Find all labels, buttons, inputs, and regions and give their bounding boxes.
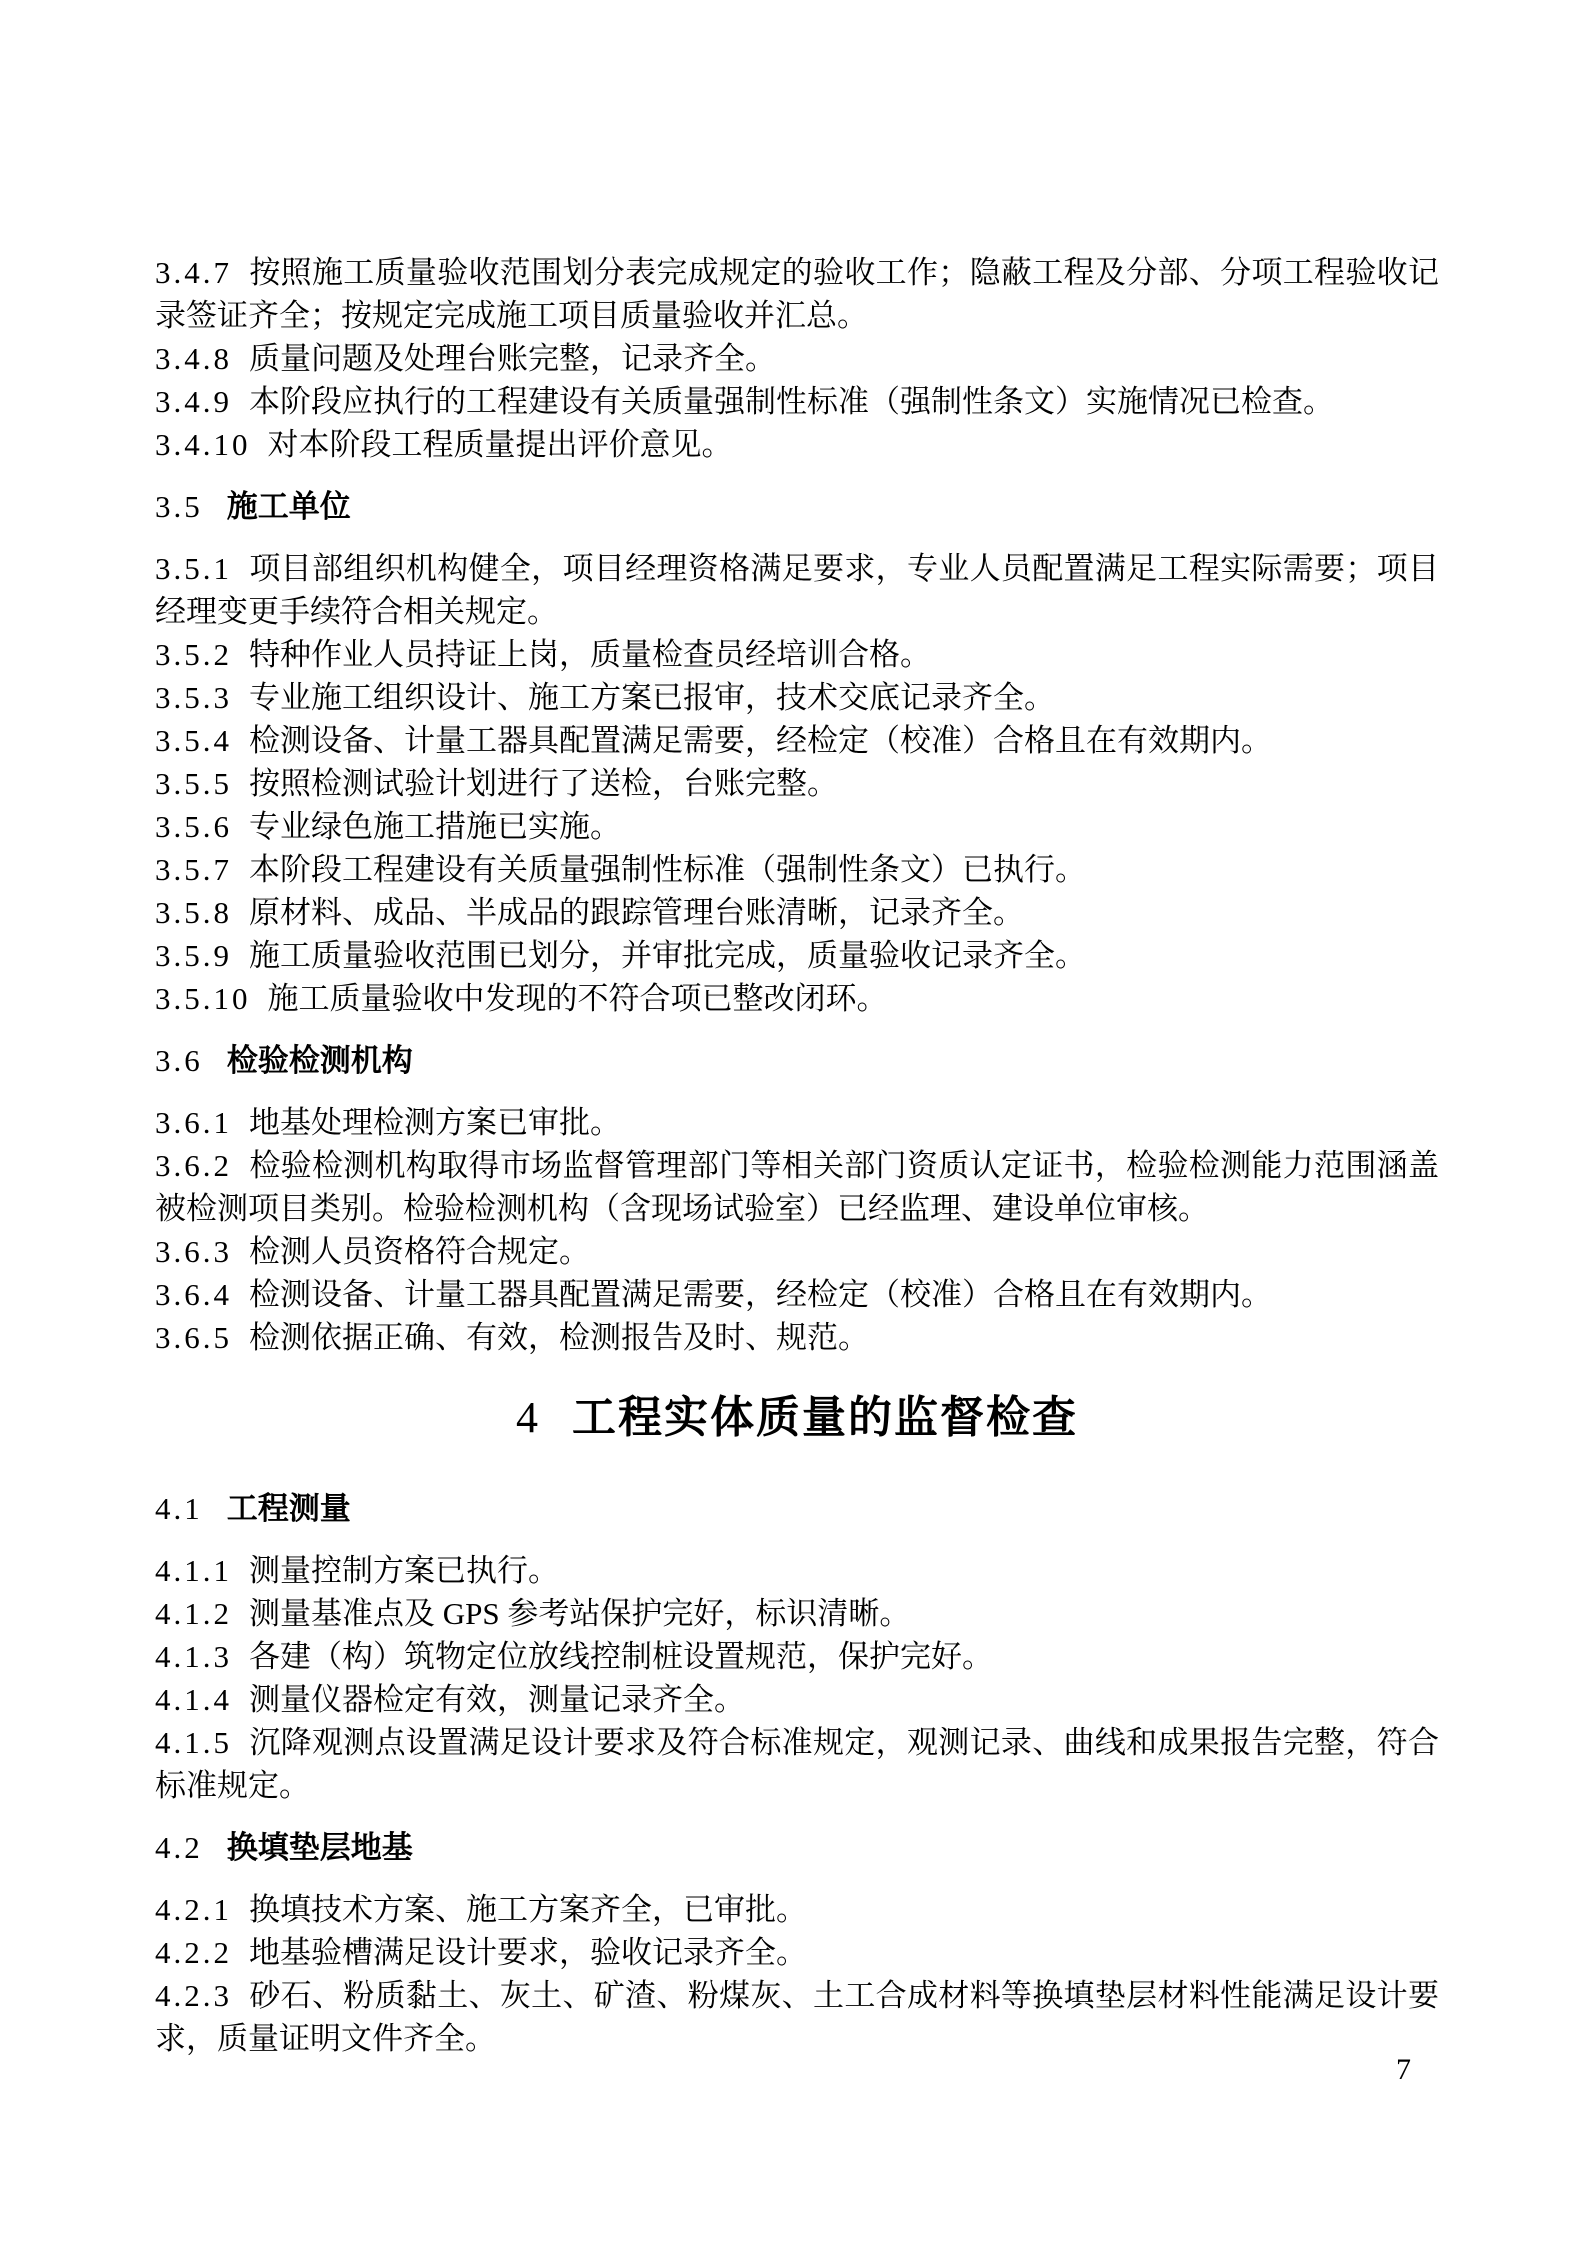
clause-text: 测量仪器检定有效，测量记录齐全。 — [249, 1682, 745, 1717]
clause-paragraph: 3.6.1地基处理检测方案已审批。 — [155, 1101, 1439, 1144]
clause-paragraph: 3.4.10对本阶段工程质量提出评价意见。 — [155, 423, 1439, 466]
section-number: 4.2 — [155, 1830, 203, 1865]
clause-text: 本阶段工程建设有关质量强制性标准（强制性条文）已执行。 — [249, 852, 1086, 887]
clause-text: 按照检测试验计划进行了送检，台账完整。 — [249, 766, 838, 801]
section-number: 4.1 — [155, 1491, 203, 1526]
clause-number: 3.5.8 — [155, 895, 232, 930]
clause-text: 测量控制方案已执行。 — [249, 1553, 559, 1588]
clause-paragraph: 3.5.6专业绿色施工措施已实施。 — [155, 805, 1439, 848]
clause-paragraph: 3.5.5按照检测试验计划进行了送检，台账完整。 — [155, 762, 1439, 805]
clause-text: 施工质量验收中发现的不符合项已整改闭环。 — [268, 981, 888, 1016]
clause-paragraph: 4.1.1测量控制方案已执行。 — [155, 1549, 1439, 1592]
clause-number: 4.1.3 — [155, 1639, 232, 1674]
clause-number: 3.5.9 — [155, 938, 232, 973]
document-content: 3.4.7按照施工质量验收范围划分表完成规定的验收工作；隐蔽工程及分部、分项工程… — [155, 251, 1439, 2060]
clause-number: 4.1.2 — [155, 1596, 232, 1631]
clause-number: 4.2.2 — [155, 1935, 232, 1970]
clause-number: 3.6.1 — [155, 1105, 232, 1140]
section-title: 检验检测机构 — [227, 1043, 413, 1078]
clause-paragraph: 3.4.7按照施工质量验收范围划分表完成规定的验收工作；隐蔽工程及分部、分项工程… — [155, 251, 1439, 337]
clause-number: 3.6.2 — [155, 1148, 232, 1183]
section-heading: 3.5施工单位 — [155, 485, 1439, 528]
section-heading: 3.6检验检测机构 — [155, 1039, 1439, 1082]
clause-text: 专业绿色施工措施已实施。 — [249, 809, 621, 844]
clause-number: 3.6.5 — [155, 1320, 232, 1355]
clause-number: 3.4.8 — [155, 341, 232, 376]
clause-number: 4.2.1 — [155, 1892, 232, 1927]
clause-paragraph: 4.1.5沉降观测点设置满足设计要求及符合标准规定，观测记录、曲线和成果报告完整… — [155, 1721, 1439, 1807]
section-number: 3.6 — [155, 1043, 203, 1078]
clause-paragraph: 3.6.2检验检测机构取得市场监督管理部门等相关部门资质认定证书，检验检测能力范… — [155, 1144, 1439, 1230]
page-footer: 7 — [155, 2052, 1439, 2088]
clause-text: 本阶段应执行的工程建设有关质量强制性标准（强制性条文）实施情况已检查。 — [249, 384, 1334, 419]
clause-paragraph: 3.6.3检测人员资格符合规定。 — [155, 1230, 1439, 1273]
clause-text: 检测人员资格符合规定。 — [249, 1234, 590, 1269]
clause-text: 检验检测机构取得市场监督管理部门等相关部门资质认定证书，检验检测能力范围涵盖被检… — [155, 1148, 1439, 1226]
clause-number: 3.5.1 — [155, 551, 232, 586]
clause-paragraph: 3.6.5检测依据正确、有效，检测报告及时、规范。 — [155, 1316, 1439, 1359]
clause-number: 4.1.1 — [155, 1553, 232, 1588]
clause-text: 换填技术方案、施工方案齐全，已审批。 — [249, 1892, 807, 1927]
clause-paragraph: 3.5.2特种作业人员持证上岗，质量检查员经培训合格。 — [155, 633, 1439, 676]
clause-paragraph: 3.5.9施工质量验收范围已划分，并审批完成，质量验收记录齐全。 — [155, 934, 1439, 977]
clause-number: 3.5.5 — [155, 766, 232, 801]
clause-text: 检测设备、计量工器具配置满足需要，经检定（校准）合格且在有效期内。 — [249, 1277, 1272, 1312]
clause-paragraph: 4.1.2测量基准点及 GPS 参考站保护完好，标识清晰。 — [155, 1592, 1439, 1635]
clause-text: 专业施工组织设计、施工方案已报审，技术交底记录齐全。 — [249, 680, 1055, 715]
clause-number: 4.1.4 — [155, 1682, 232, 1717]
chapter-title: 工程实体质量的监督检查 — [572, 1393, 1078, 1442]
section-heading: 4.1工程测量 — [155, 1487, 1439, 1530]
clause-number: 3.4.7 — [155, 255, 232, 290]
clause-number: 3.5.7 — [155, 852, 232, 887]
clause-number: 3.5.6 — [155, 809, 232, 844]
clause-number: 3.5.10 — [155, 981, 251, 1016]
clause-paragraph: 3.5.8原材料、成品、半成品的跟踪管理台账清晰，记录齐全。 — [155, 891, 1439, 934]
clause-number: 4.2.3 — [155, 1978, 232, 2013]
clause-text: 对本阶段工程质量提出评价意见。 — [268, 427, 733, 462]
clause-paragraph: 4.2.3砂石、粉质黏土、灰土、矿渣、粉煤灰、土工合成材料等换填垫层材料性能满足… — [155, 1974, 1439, 2060]
clause-text: 地基处理检测方案已审批。 — [249, 1105, 621, 1140]
clause-paragraph: 3.4.9本阶段应执行的工程建设有关质量强制性标准（强制性条文）实施情况已检查。 — [155, 380, 1439, 423]
clause-text: 沉降观测点设置满足设计要求及符合标准规定，观测记录、曲线和成果报告完整，符合标准… — [155, 1725, 1439, 1803]
clause-paragraph: 3.5.3专业施工组织设计、施工方案已报审，技术交底记录齐全。 — [155, 676, 1439, 719]
clause-text: 砂石、粉质黏土、灰土、矿渣、粉煤灰、土工合成材料等换填垫层材料性能满足设计要求，… — [155, 1978, 1439, 2056]
clause-paragraph: 4.1.3各建（构）筑物定位放线控制桩设置规范，保护完好。 — [155, 1635, 1439, 1678]
clause-number: 3.6.3 — [155, 1234, 232, 1269]
document-page: 3.4.7按照施工质量验收范围划分表完成规定的验收工作；隐蔽工程及分部、分项工程… — [0, 0, 1587, 2245]
clause-paragraph: 4.2.2地基验槽满足设计要求，验收记录齐全。 — [155, 1931, 1439, 1974]
clause-paragraph: 3.5.7本阶段工程建设有关质量强制性标准（强制性条文）已执行。 — [155, 848, 1439, 891]
clause-number: 3.6.4 — [155, 1277, 232, 1312]
clause-text: 质量问题及处理台账完整，记录齐全。 — [249, 341, 776, 376]
clause-paragraph: 3.5.1项目部组织机构健全，项目经理资格满足要求，专业人员配置满足工程实际需要… — [155, 547, 1439, 633]
clause-text: 特种作业人员持证上岗，质量检查员经培训合格。 — [249, 637, 931, 672]
section-number: 3.5 — [155, 489, 203, 524]
clause-paragraph: 4.2.1换填技术方案、施工方案齐全，已审批。 — [155, 1888, 1439, 1931]
clause-paragraph: 3.5.4检测设备、计量工器具配置满足需要，经检定（校准）合格且在有效期内。 — [155, 719, 1439, 762]
clause-text: 各建（构）筑物定位放线控制桩设置规范，保护完好。 — [249, 1639, 993, 1674]
clause-number: 3.4.9 — [155, 384, 232, 419]
section-title: 换填垫层地基 — [227, 1830, 413, 1865]
clause-text: 测量基准点及 GPS 参考站保护完好，标识清晰。 — [249, 1596, 910, 1631]
chapter-heading: 4工程实体质量的监督检查 — [155, 1390, 1439, 1446]
clause-paragraph: 3.4.8质量问题及处理台账完整，记录齐全。 — [155, 337, 1439, 380]
clause-number: 3.5.4 — [155, 723, 232, 758]
chapter-number: 4 — [516, 1393, 538, 1442]
clause-text: 检测设备、计量工器具配置满足需要，经检定（校准）合格且在有效期内。 — [249, 723, 1272, 758]
clause-text: 按照施工质量验收范围划分表完成规定的验收工作；隐蔽工程及分部、分项工程验收记录签… — [155, 255, 1439, 333]
clause-number: 3.4.10 — [155, 427, 251, 462]
page-number: 7 — [1396, 2052, 1411, 2088]
clause-number: 3.5.2 — [155, 637, 232, 672]
clause-text: 地基验槽满足设计要求，验收记录齐全。 — [249, 1935, 807, 1970]
clause-paragraph: 3.5.10施工质量验收中发现的不符合项已整改闭环。 — [155, 977, 1439, 1020]
section-title: 施工单位 — [227, 489, 351, 524]
clause-text: 项目部组织机构健全，项目经理资格满足要求，专业人员配置满足工程实际需要；项目经理… — [155, 551, 1439, 629]
clause-text: 检测依据正确、有效，检测报告及时、规范。 — [249, 1320, 869, 1355]
clause-text: 原材料、成品、半成品的跟踪管理台账清晰，记录齐全。 — [249, 895, 1024, 930]
clause-text: 施工质量验收范围已划分，并审批完成，质量验收记录齐全。 — [249, 938, 1086, 973]
clause-number: 4.1.5 — [155, 1725, 232, 1760]
clause-number: 3.5.3 — [155, 680, 232, 715]
section-title: 工程测量 — [227, 1491, 351, 1526]
section-heading: 4.2换填垫层地基 — [155, 1826, 1439, 1869]
clause-paragraph: 4.1.4测量仪器检定有效，测量记录齐全。 — [155, 1678, 1439, 1721]
clause-paragraph: 3.6.4检测设备、计量工器具配置满足需要，经检定（校准）合格且在有效期内。 — [155, 1273, 1439, 1316]
